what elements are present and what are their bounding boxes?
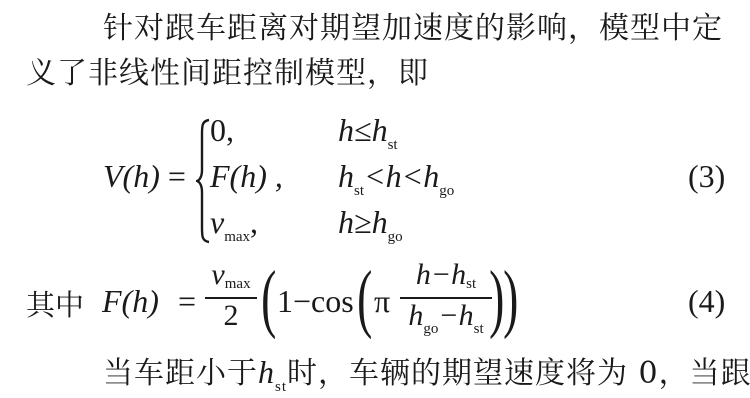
eq4-equals: = bbox=[178, 283, 196, 320]
eq3-lhs-arg: (h) bbox=[123, 158, 160, 194]
eq3-case-2-cond: hst<h<hgo bbox=[338, 158, 454, 195]
eq3-case-2-value: F(h) , bbox=[210, 158, 283, 195]
eq4-prefix: 其中 bbox=[26, 283, 84, 324]
p2-var-sub: st bbox=[275, 379, 287, 395]
eq3-equals: = bbox=[168, 158, 186, 194]
eq4-inner-left-paren: ( bbox=[357, 258, 372, 338]
eq4-one-minus-cos: 1−cos bbox=[277, 283, 354, 320]
paragraph-2-line: 当车距小于hst时，车辆的期望速度将为 0，当跟 bbox=[103, 355, 750, 396]
eq3-case-1-value: 0, bbox=[210, 112, 234, 149]
eq4-outer-left-paren: ( bbox=[261, 258, 276, 338]
eq4-fraction-vmax-over-2: vmax 2 bbox=[205, 258, 257, 333]
eq4-fraction-h: h−hst hgo−hst bbox=[400, 258, 492, 338]
eq3-case-3-value: vmax, bbox=[210, 204, 258, 241]
equation-number-3: (3) bbox=[688, 158, 725, 195]
paragraph-line-1: 针对跟车距离对期望加速度的影响，模型中定 bbox=[103, 12, 723, 46]
eq3-case-1-cond: h≤hst bbox=[338, 112, 398, 149]
paragraph-line-2: 义了非线性间距控制模型，即 bbox=[26, 57, 429, 91]
p2-after: 时，车辆的期望速度将为 0，当跟 bbox=[287, 356, 750, 391]
left-brace-icon bbox=[196, 118, 210, 244]
eq4-inner-right-paren: ) bbox=[489, 258, 504, 338]
eq3-lhs-func: V bbox=[103, 158, 123, 194]
eq3-lhs: V(h) = bbox=[103, 158, 186, 195]
eq4-outer-right-paren: ) bbox=[503, 258, 518, 338]
eq3-case-3-cond: h≥hgo bbox=[338, 204, 403, 241]
eq4-pi: π bbox=[374, 283, 390, 320]
p2-before: 当车距小于 bbox=[103, 356, 258, 391]
p2-var: h bbox=[258, 354, 275, 390]
equation-number-4: (4) bbox=[688, 283, 725, 320]
eq4-lhs: F(h) bbox=[102, 283, 159, 320]
